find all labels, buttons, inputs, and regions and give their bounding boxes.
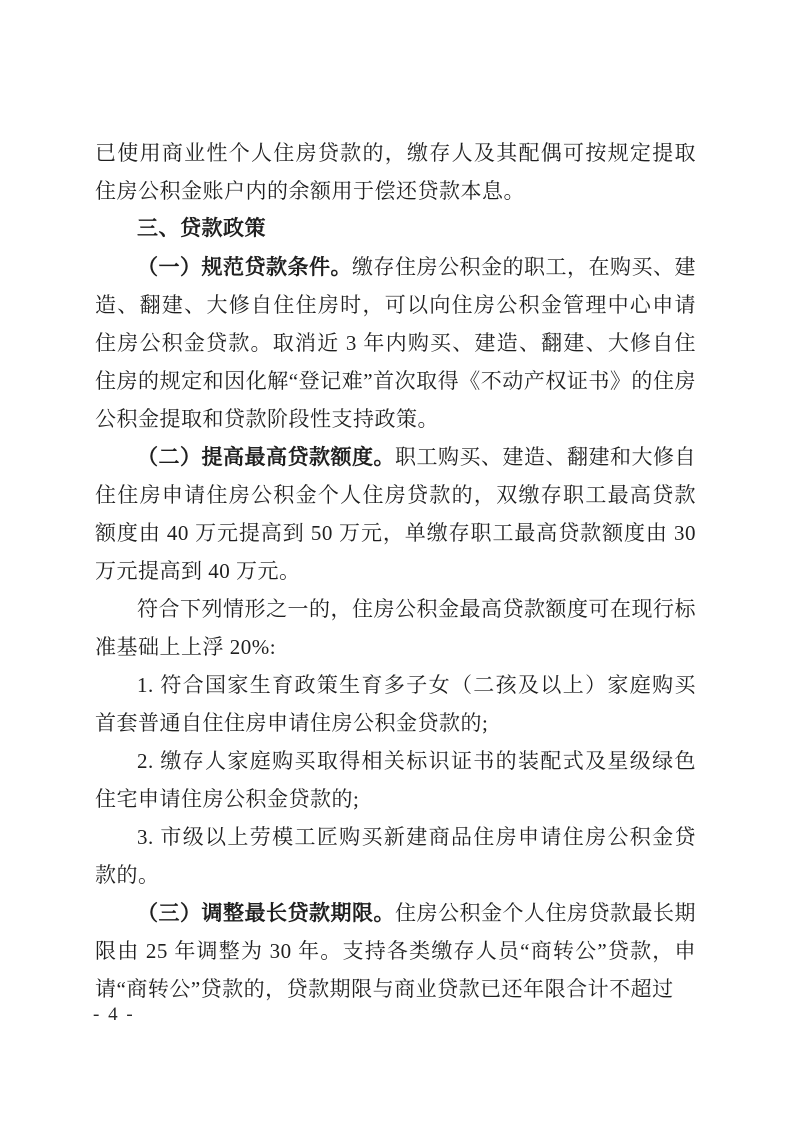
paragraph-max-loan-term-lead: （三）调整最长贷款期限。	[137, 901, 395, 925]
paragraph-uplift-conditions-intro: 符合下列情形之一的，住房公积金最高贷款额度可在现行标准基础上上浮 20%:	[95, 590, 696, 666]
list-item-1-multi-child-family: 1. 符合国家生育政策生育多子女（二孩及以上）家庭购买首套普通自住住房申请住房公…	[95, 666, 696, 742]
paragraph-max-loan-amount: （二）提高最高贷款额度。职工购买、建造、翻建和大修自住住房申请住房公积金个人住房…	[95, 438, 696, 590]
paragraph-max-loan-term: （三）调整最长贷款期限。住房公积金个人住房贷款最长期限由 25 年调整为 30 …	[95, 894, 696, 1008]
document-body: 已使用商业性个人住房贷款的，缴存人及其配偶可按规定提取住房公积金账户内的余额用于…	[95, 134, 696, 1008]
list-item-2-green-housing: 2. 缴存人家庭购买取得相关标识证书的装配式及星级绿色住宅申请住房公积金贷款的;	[95, 742, 696, 818]
list-item-3-model-workers: 3. 市级以上劳模工匠购买新建商品住房申请住房公积金贷款的。	[95, 818, 696, 894]
paragraph-loan-conditions-text: 缴存住房公积金的职工，在购买、建造、翻建、大修自住住房时，可以向住房公积金管理中…	[95, 255, 696, 431]
paragraph-loan-conditions: （一）规范贷款条件。缴存住房公积金的职工，在购买、建造、翻建、大修自住住房时，可…	[95, 248, 696, 438]
paragraph-continuation: 已使用商业性个人住房贷款的，缴存人及其配偶可按规定提取住房公积金账户内的余额用于…	[95, 134, 696, 210]
document-page: 已使用商业性个人住房贷款的，缴存人及其配偶可按规定提取住房公积金账户内的余额用于…	[0, 0, 794, 1123]
paragraph-max-loan-amount-lead: （二）提高最高贷款额度。	[137, 445, 395, 469]
paragraph-loan-conditions-lead: （一）规范贷款条件。	[137, 255, 352, 279]
section-heading-loan-policy: 三、贷款政策	[95, 210, 696, 248]
page-number: - 4 -	[93, 1000, 135, 1030]
